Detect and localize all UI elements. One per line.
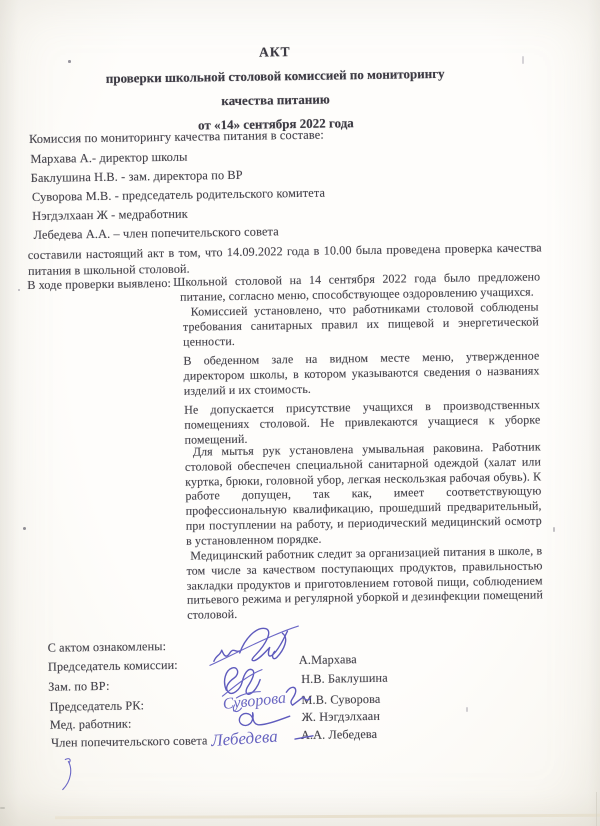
- pen-stray-mark: [57, 756, 78, 792]
- member-negdelkhaan: Нэгдэлхаан Ж - медработник: [32, 207, 188, 224]
- role-medical-worker: Мед. работник:: [50, 717, 132, 733]
- member-baklushina: Баклушина Н.В. - зам. директора по ВР: [31, 168, 243, 186]
- acquainted-label: С актом ознакомлены:: [48, 639, 167, 656]
- dust-speck: [23, 527, 26, 530]
- dust-speck: [466, 707, 468, 712]
- paper-edge-mark: [0, 807, 5, 809]
- signature-lebedeva: Лебедева: [209, 722, 317, 754]
- finding-paragraph-2: Комиссией установлено, что работниками с…: [183, 299, 540, 349]
- member-suvorova: Суворова М.В. - председатель родительско…: [32, 186, 325, 205]
- dust-speck: [522, 56, 524, 64]
- finding-paragraph-6: Медицинский работник следит за организац…: [186, 543, 543, 622]
- role-chairman: Председатель комиссии:: [48, 658, 178, 675]
- document-content: АКТ проверки школьной столовой комиссией…: [0, 0, 600, 826]
- dust-speck: [18, 289, 20, 291]
- member-markhava: Мархава А.- директор школы: [30, 150, 187, 167]
- member-lebedeva: Лебедева А.А. – член попечительского сов…: [33, 224, 278, 243]
- svg-text:Лебедева: Лебедева: [209, 727, 278, 750]
- role-parent-committee: Председатель РК:: [49, 698, 144, 714]
- role-deputy: Зам. по ВР:: [48, 679, 110, 695]
- paper-right-edge: [596, 792, 598, 826]
- scanned-document: АКТ проверки школьной столовой комиссией…: [0, 0, 600, 826]
- commission-intro: Комиссия по мониторингу качества питания…: [29, 128, 324, 147]
- findings-label: В ходе проверки выявлено:: [27, 276, 171, 293]
- finding-paragraph-5: Для мытья рук установлена умывальная рак…: [185, 439, 542, 548]
- name-markhava: А.Мархава: [299, 652, 357, 668]
- finding-paragraph-1: Школьной столовой на 14 сентября 2022 го…: [173, 269, 540, 304]
- dust-speck: [68, 60, 71, 63]
- dust-speck: [553, 527, 555, 532]
- role-trustee: Член попечительского совета: [51, 733, 208, 750]
- name-baklushina: Н.В. Баклушина: [301, 671, 388, 687]
- finding-paragraph-3: В обеденном зале на видном месте меню, у…: [183, 348, 540, 398]
- name-suvorova: М.В. Суворова: [301, 692, 380, 708]
- document-title: АКТ проверки школьной столовой комиссией…: [0, 36, 556, 140]
